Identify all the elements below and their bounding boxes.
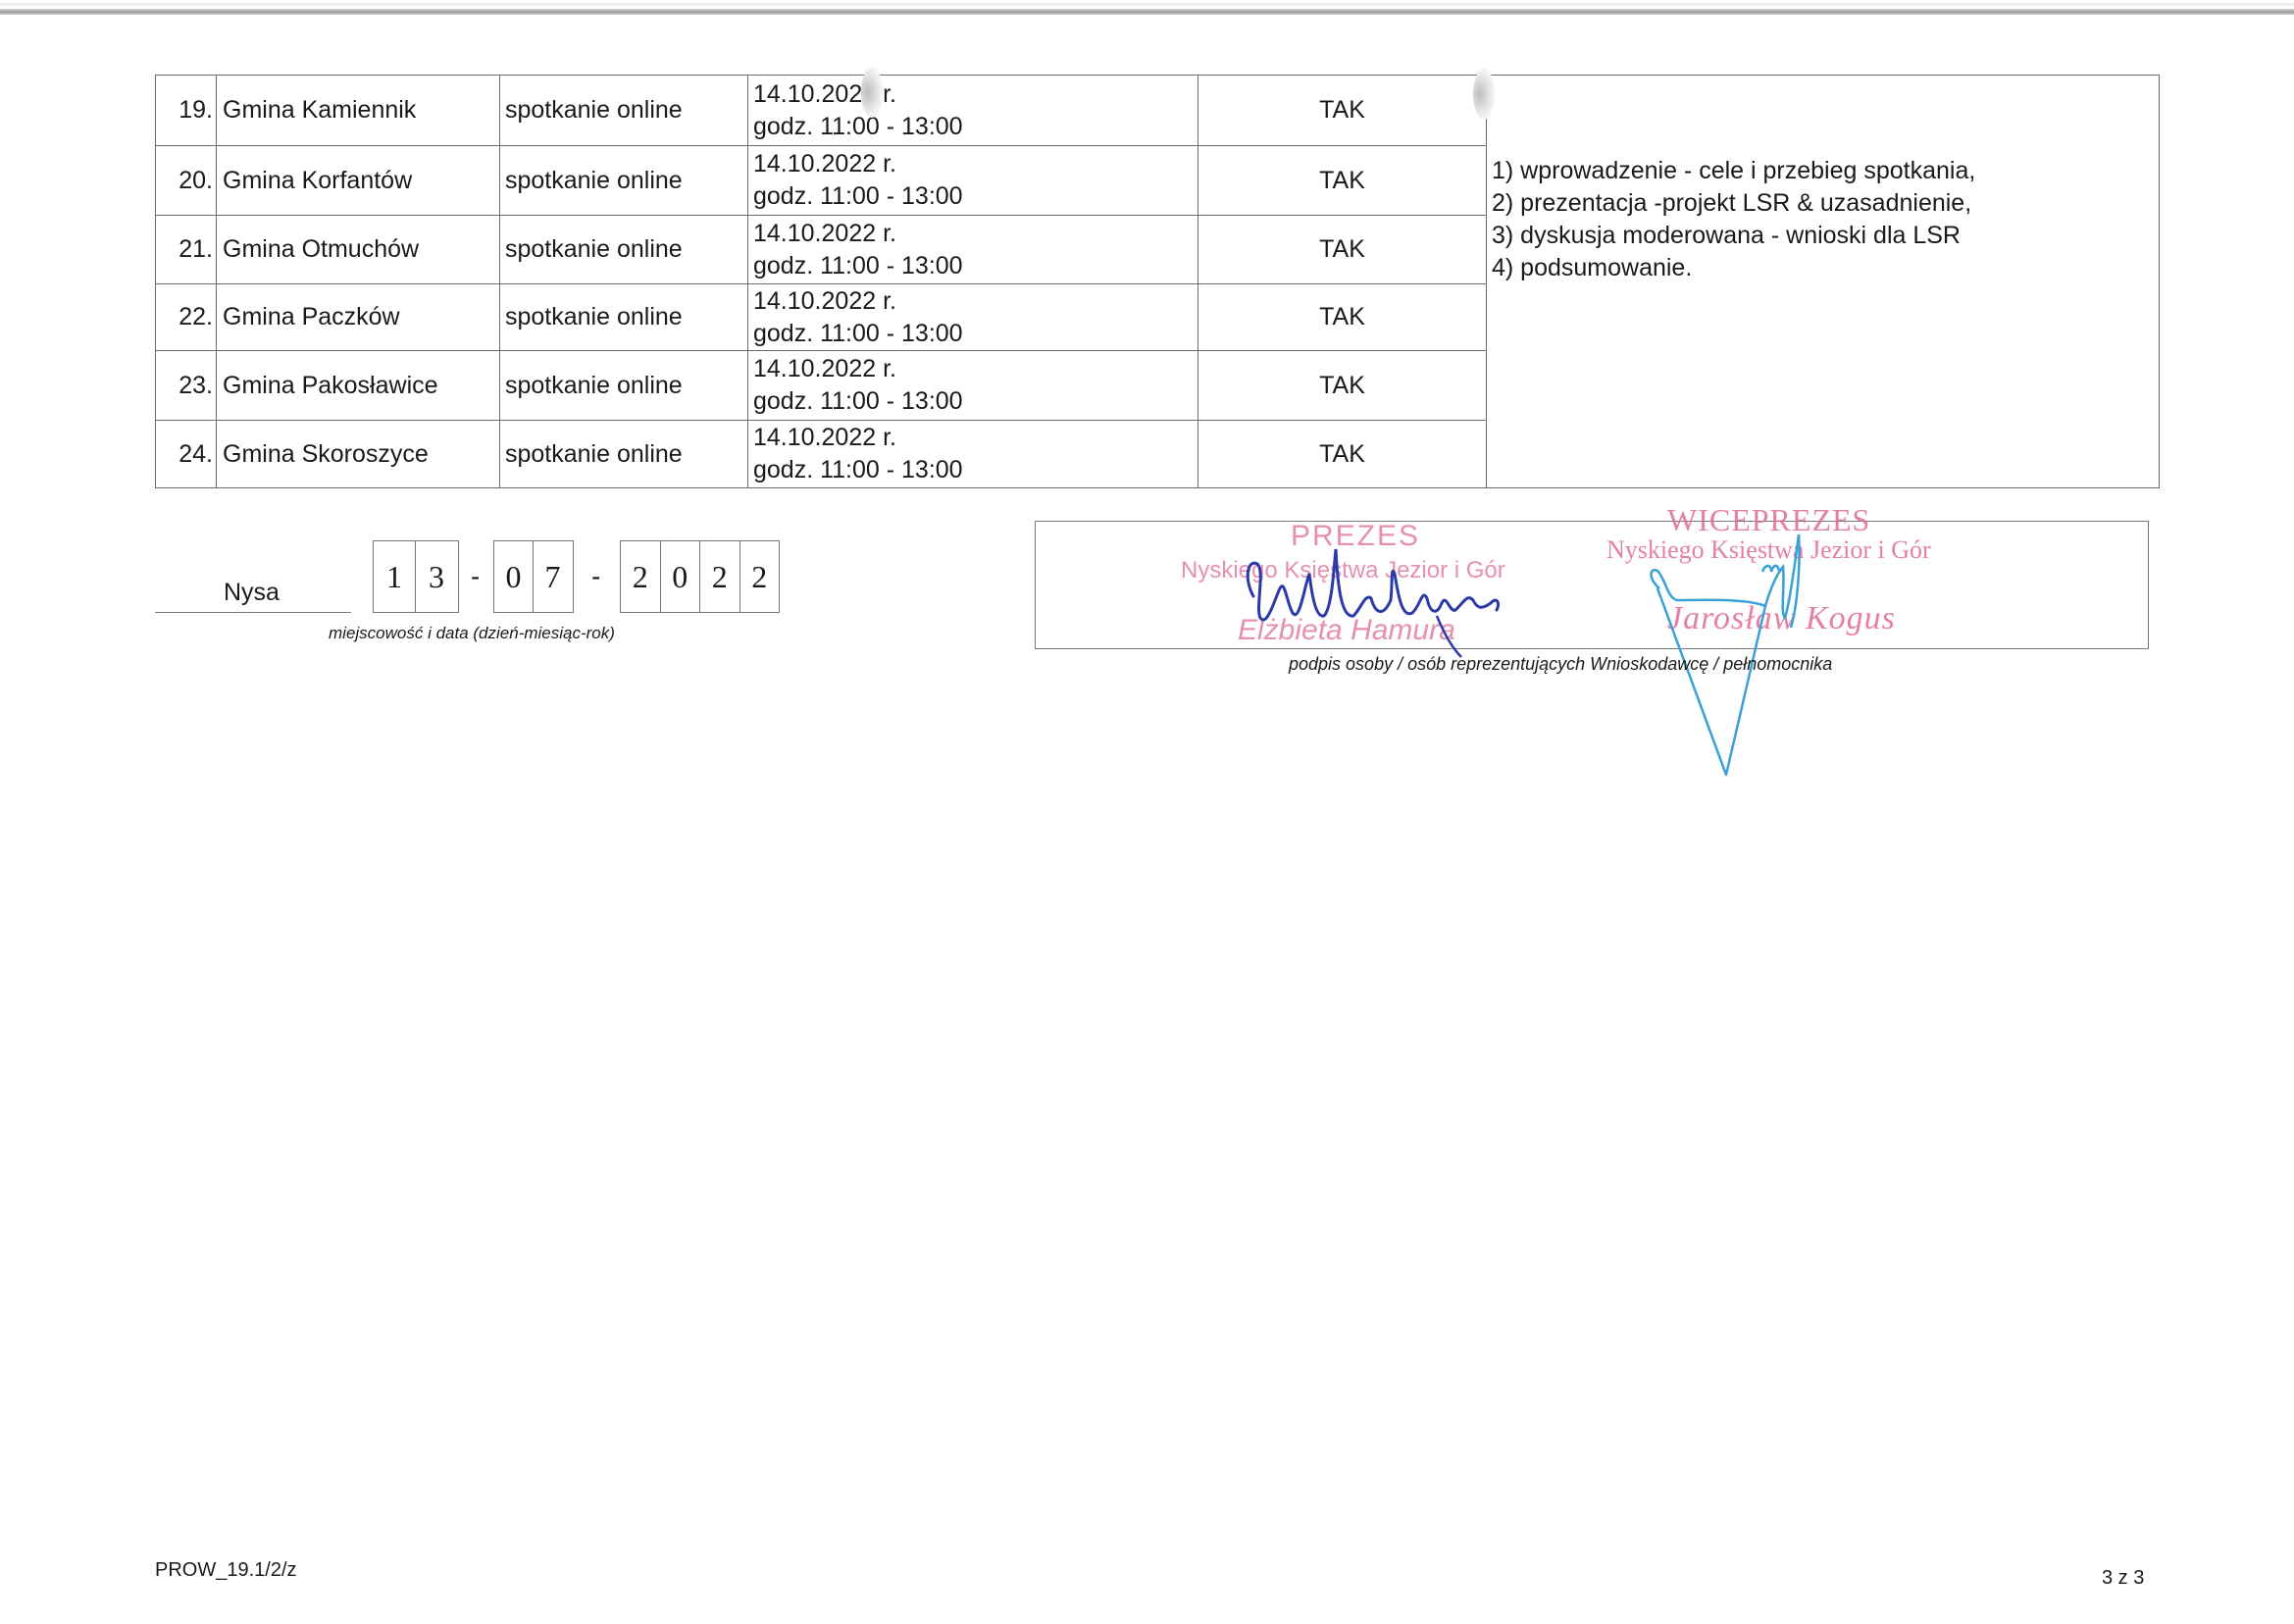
signature-2-detail: [1765, 534, 1800, 628]
signature-1-tail: [1437, 616, 1461, 657]
page-number: 3 z 3: [2102, 1567, 2144, 1590]
signature-1-stroke: [1248, 549, 1498, 620]
signature-2-mark: [1762, 566, 1779, 572]
form-code: PROW_19.1/2/z: [155, 1559, 297, 1582]
signature-caption: podpis osoby / osób reprezentujących Wni…: [1289, 654, 1832, 675]
handwritten-signatures: [0, 0, 2294, 883]
